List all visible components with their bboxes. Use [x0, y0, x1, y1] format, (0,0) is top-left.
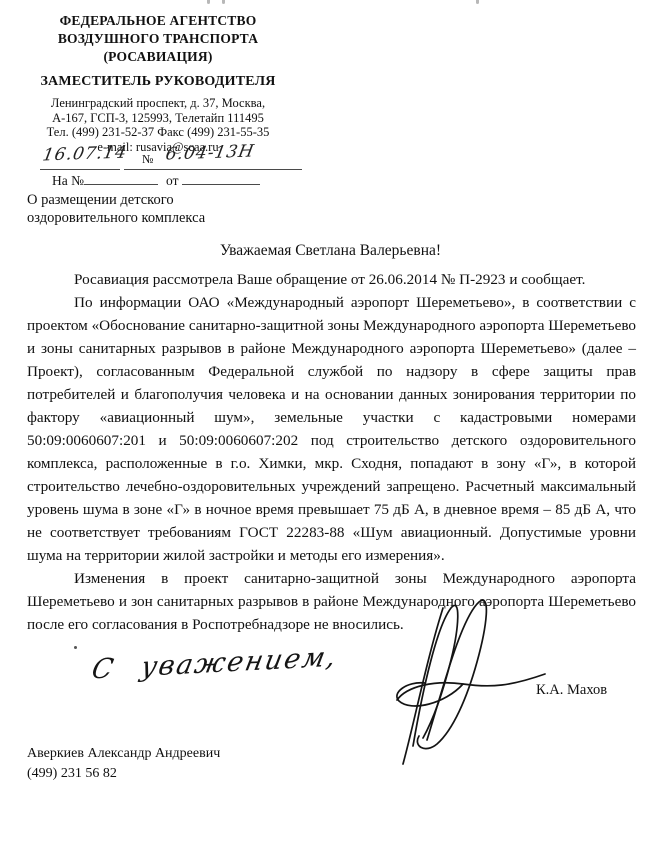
date-underline — [40, 169, 120, 170]
scan-speck — [74, 646, 77, 649]
body-paragraph-1: Росавиация рассмотрела Ваше обращение от… — [27, 268, 636, 291]
executor-name: Аверкиев Александр Андреевич — [27, 744, 220, 764]
reply-from-label: от — [166, 173, 178, 188]
reply-date-blank — [182, 172, 260, 185]
scan-top-cutoff-artifact — [205, 0, 495, 6]
signer-name: К.А. Махов — [536, 682, 607, 699]
subject-text-line2: оздоровительного комплекса — [27, 210, 205, 228]
address-line: А-167, ГСП-3, 125993, Телетайп 111495 — [24, 112, 292, 126]
address-line: Ленинградский проспект, д. 37, Москва, — [24, 97, 292, 111]
subject-text-line1: О размещении детского — [27, 192, 205, 210]
number-underline — [124, 169, 302, 170]
body-paragraph-2: По информации ОАО «Международный аэропор… — [27, 291, 636, 567]
scanned-letter-page: ФЕДЕРАЛЬНОЕ АГЕНТСТВО ВОЗДУШНОГО ТРАНСПО… — [0, 0, 661, 864]
reply-number-label: На № — [52, 173, 84, 188]
subject-line: О размещении детского оздоровительного к… — [27, 192, 205, 227]
letter-body: Росавиация рассмотрела Ваше обращение от… — [27, 268, 636, 636]
executor-block: Аверкиев Александр Андреевич (499) 231 5… — [27, 744, 220, 784]
agency-name-line1: ФЕДЕРАЛЬНОЕ АГЕНТСТВО — [24, 12, 292, 30]
handwritten-date: 16.07.14 — [41, 143, 129, 166]
outgoing-reference-row: 16.07.14 № 6.04-13Н — [40, 144, 300, 174]
number-sign: № — [142, 152, 153, 167]
handwritten-signature — [295, 588, 550, 783]
phone-fax-line: Тел. (499) 231-52-37 Факс (499) 231-55-3… — [24, 126, 292, 140]
sender-position: ЗАМЕСТИТЕЛЬ РУКОВОДИТЕЛЯ — [24, 73, 292, 91]
agency-name-line2: ВОЗДУШНОГО ТРАНСПОРТА — [24, 30, 292, 48]
agency-name-line3: (РОСАВИАЦИЯ) — [24, 48, 292, 66]
reply-number-blank — [84, 172, 158, 185]
greeting: Уважаемая Светлана Валерьевна! — [0, 242, 661, 260]
handwritten-number: 6.04-13Н — [164, 141, 256, 164]
reply-reference-row: На №от — [52, 172, 372, 189]
letterhead: ФЕДЕРАЛЬНОЕ АГЕНТСТВО ВОЗДУШНОГО ТРАНСПО… — [24, 12, 292, 155]
executor-phone: (499) 231 56 82 — [27, 764, 220, 784]
